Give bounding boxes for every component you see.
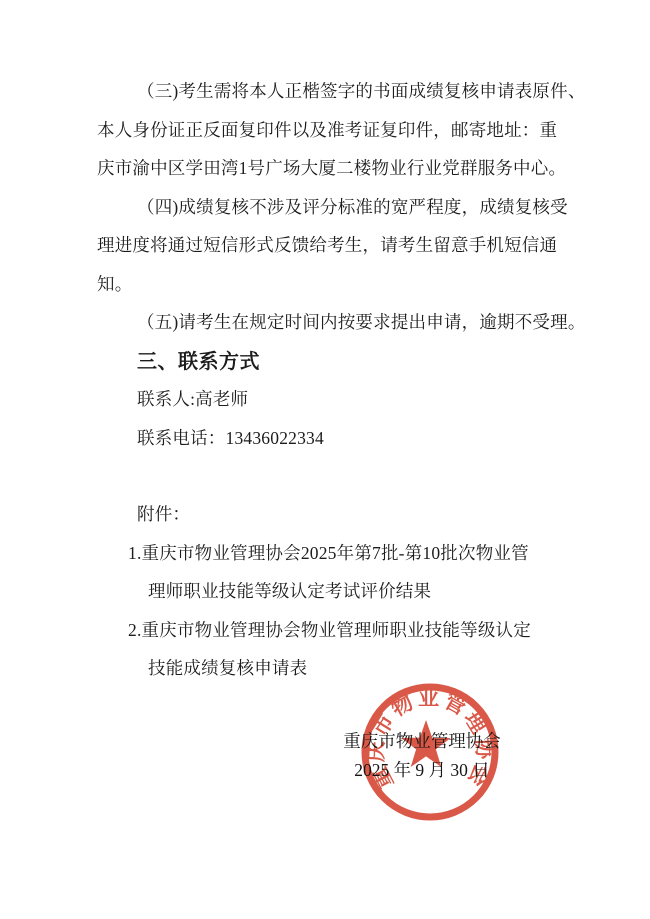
blank-gap xyxy=(97,457,555,495)
signature-org: 重庆市物业管理协会 xyxy=(337,727,507,756)
section-heading-contact: 三、联系方式 xyxy=(97,342,555,381)
signature-date: 2025 年 9 月 30 日 xyxy=(337,756,507,785)
paragraph-4-line-2: 理进度将通过短信形式反馈给考生，请考生留意手机短信通 xyxy=(97,226,555,265)
attachment-1-line-2: 理师职业技能等级认定考试评价结果 xyxy=(148,572,555,611)
attachments-label: 附件： xyxy=(97,495,555,534)
paragraph-5: （五)请考生在规定时间内按要求提出申请，逾期不受理。 xyxy=(97,303,555,342)
paragraph-4-line-3: 知。 xyxy=(97,265,555,304)
contact-phone: 联系电话：13436022334 xyxy=(97,419,555,458)
paragraph-3-line-1: （三)考生需将本人正楷签字的书面成绩复核申请表原件、 xyxy=(97,72,555,111)
document-body: （三)考生需将本人正楷签字的书面成绩复核申请表原件、 本人身份证正反面复印件以及… xyxy=(97,72,555,688)
paragraph-4-line-1: （四)成绩复核不涉及评分标准的宽严程度，成绩复核受 xyxy=(97,188,555,227)
paragraph-3-line-3: 庆市渝中区学田湾1号广场大厦二楼物业行业党群服务中心。 xyxy=(97,149,555,188)
contact-person: 联系人:高老师 xyxy=(97,380,555,419)
document-page: （三)考生需将本人正楷签字的书面成绩复核申请表原件、 本人身份证正反面复印件以及… xyxy=(0,0,650,919)
signature-block: 重庆市物业管理协会 2025 年 9 月 30 日 xyxy=(337,727,507,784)
attachment-2-line-1: 2.重庆市物业管理协会物业管理师职业技能等级认定 xyxy=(128,611,555,650)
attachment-1-line-1: 1.重庆市物业管理协会2025年第7批-第10批次物业管 xyxy=(128,534,555,573)
paragraph-3-line-2: 本人身份证正反面复印件以及准考证复印件，邮寄地址：重 xyxy=(97,111,555,150)
